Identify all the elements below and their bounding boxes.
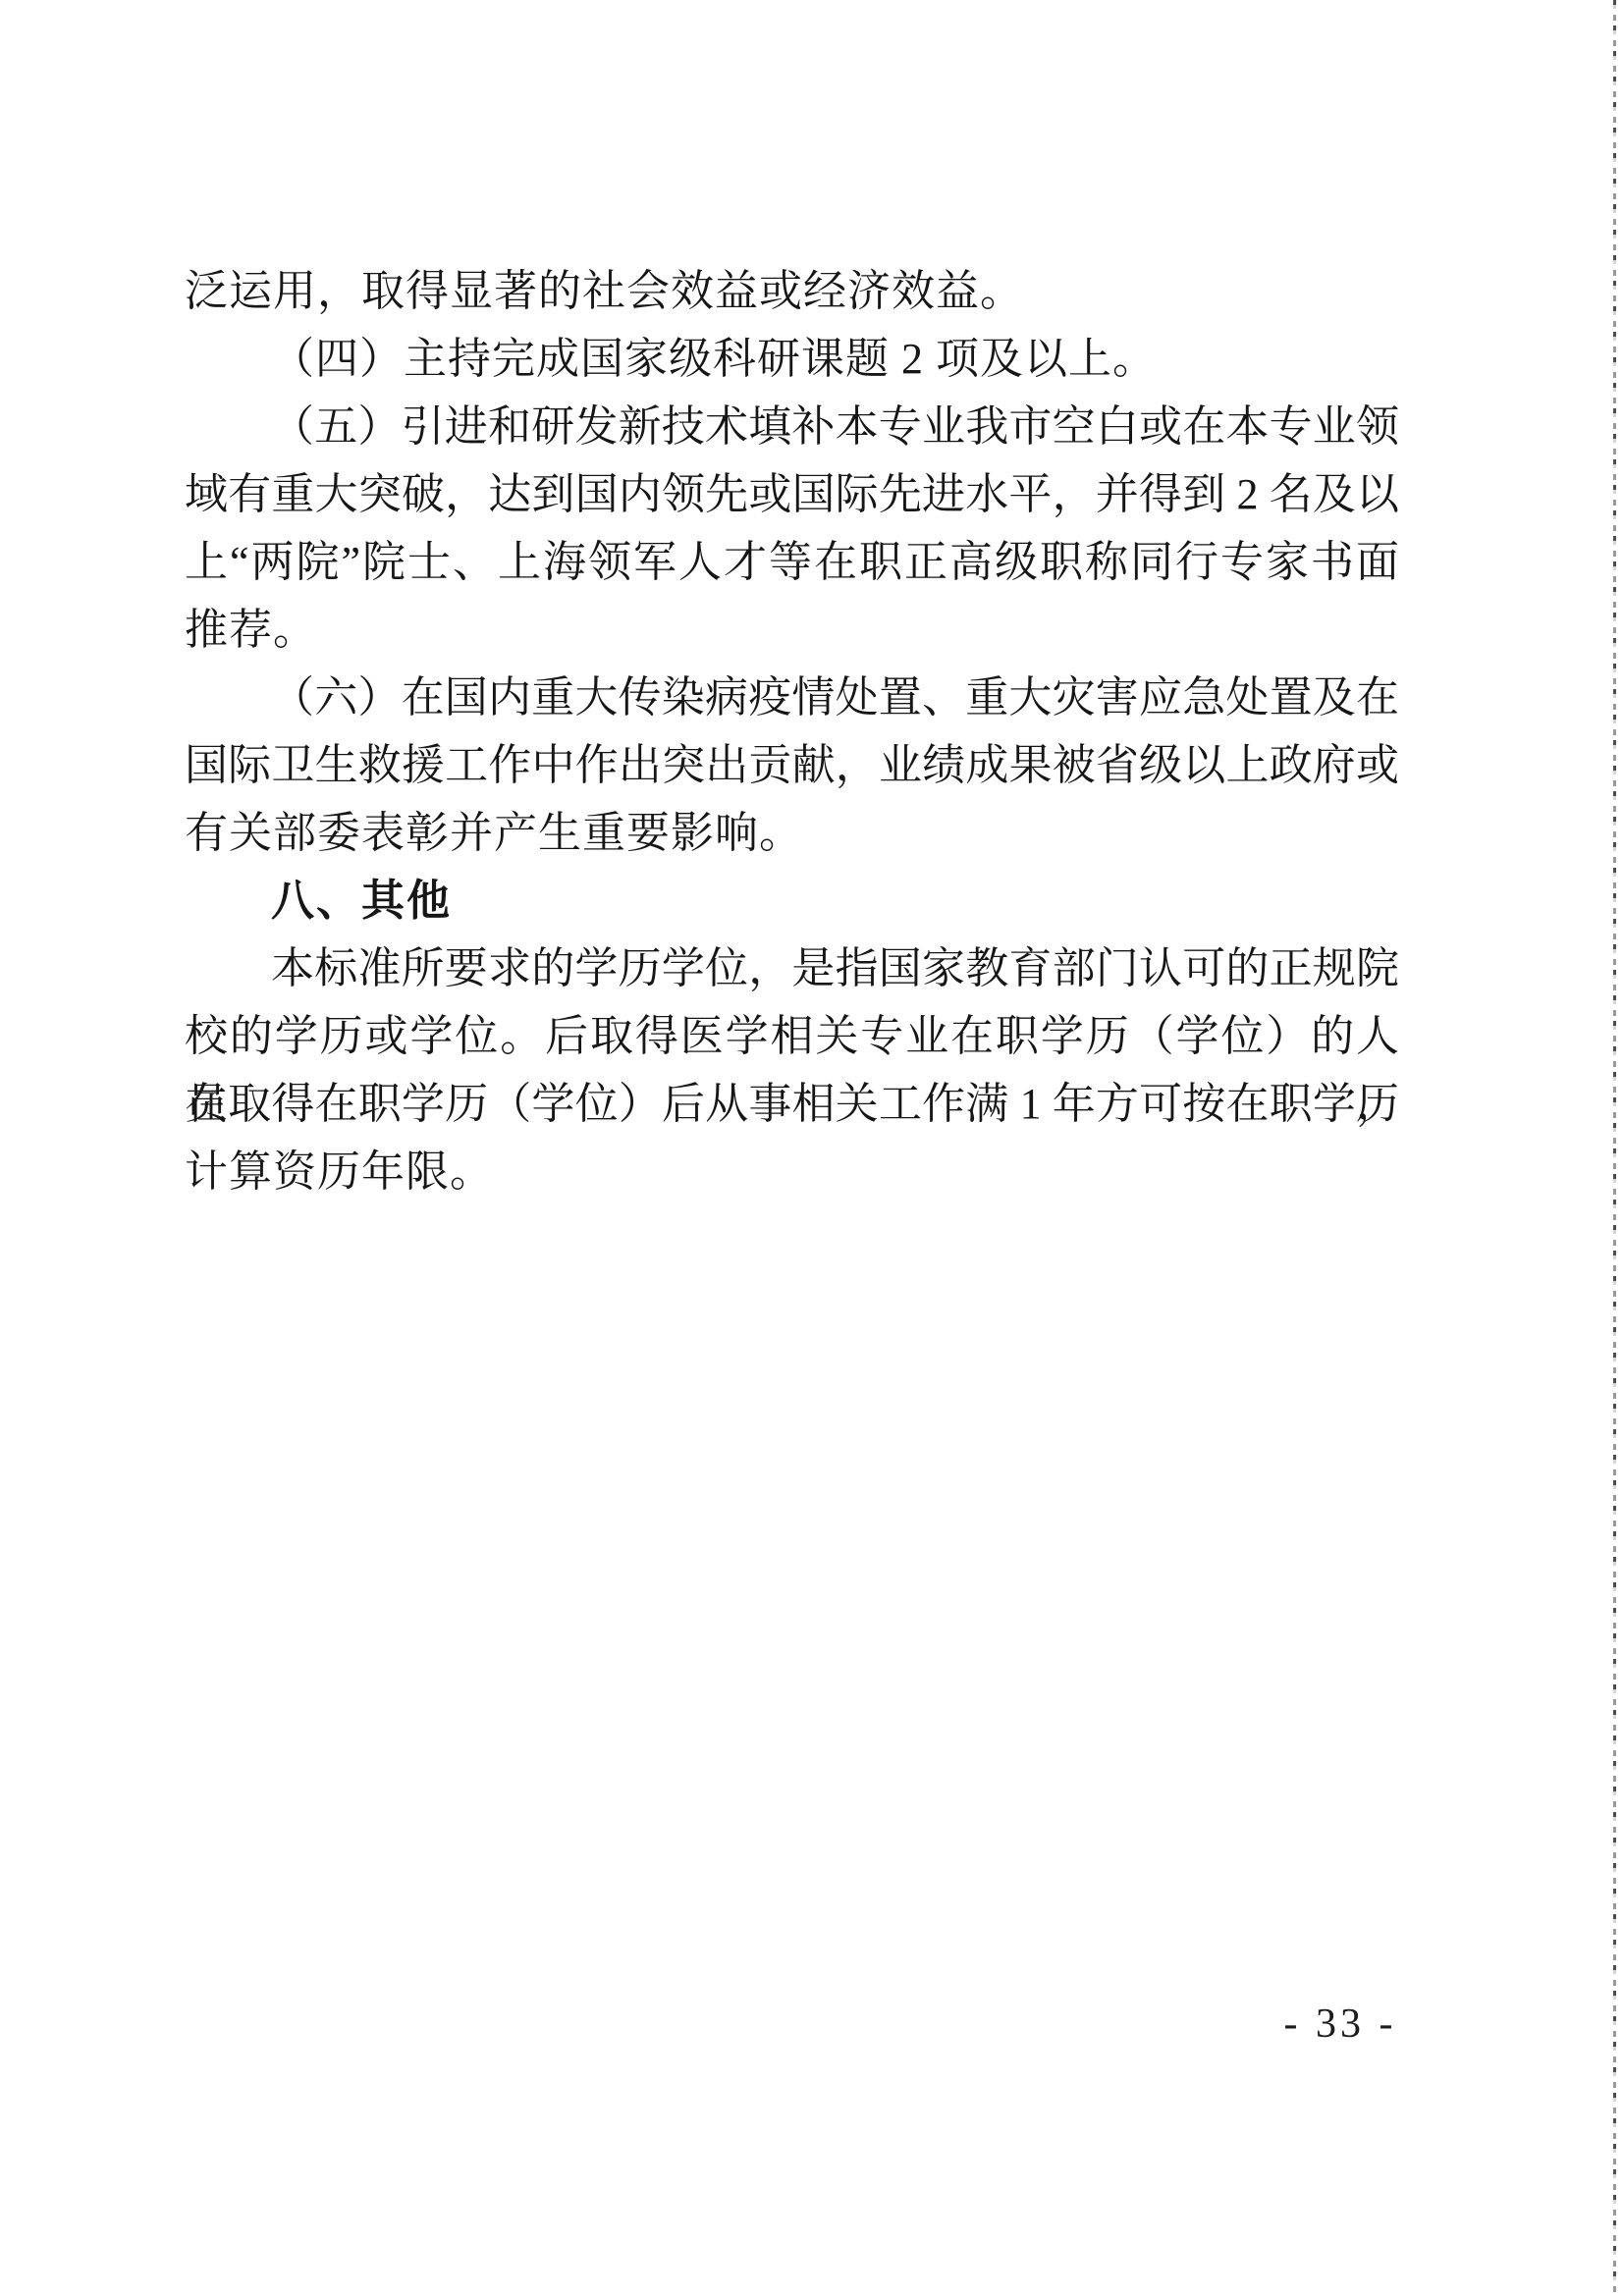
- text-line: （四）主持完成国家级科研课题 2 项及以上。: [185, 325, 1399, 393]
- text-line: 本标准所要求的学历学位，是指国家教育部门认可的正规院: [185, 934, 1399, 1002]
- text-line: 上“两院”院士、上海领军人才等在职正高级职称同行专家书面: [185, 528, 1399, 596]
- text-line: 在取得在职学历（学位）后从事相关工作满 1 年方可按在职学历: [185, 1070, 1399, 1138]
- text-line: 域有重大突破，达到国内领先或国际先进水平，并得到 2 名及以: [185, 460, 1399, 528]
- text-line: 国际卫生救援工作中作出突出贡献，业绩成果被省级以上政府或: [185, 731, 1399, 799]
- text-line: （五）引进和研发新技术填补本专业我市空白或在本专业领: [185, 393, 1399, 460]
- page-number: - 33 -: [1276, 2001, 1404, 2048]
- text-block: 泛运用，取得显著的社会效益或经济效益。（四）主持完成国家级科研课题 2 项及以上…: [185, 257, 1399, 1205]
- text-line: （六）在国内重大传染病疫情处置、重大灾害应急处置及在: [185, 664, 1399, 731]
- text-line: 校的学历或学位。后取得医学相关专业在职学历（学位）的人员，: [185, 1002, 1399, 1070]
- text-line: 计算资历年限。: [185, 1138, 1399, 1205]
- text-line: 泛运用，取得显著的社会效益或经济效益。: [185, 257, 1399, 325]
- section-heading: 八、其他: [185, 867, 1399, 934]
- scan-edge-artifact: [1613, 0, 1616, 2296]
- document-page: 泛运用，取得显著的社会效益或经济效益。（四）主持完成国家级科研课题 2 项及以上…: [0, 0, 1623, 2296]
- text-line: 推荐。: [185, 596, 1399, 664]
- text-line: 有关部委表彰并产生重要影响。: [185, 799, 1399, 867]
